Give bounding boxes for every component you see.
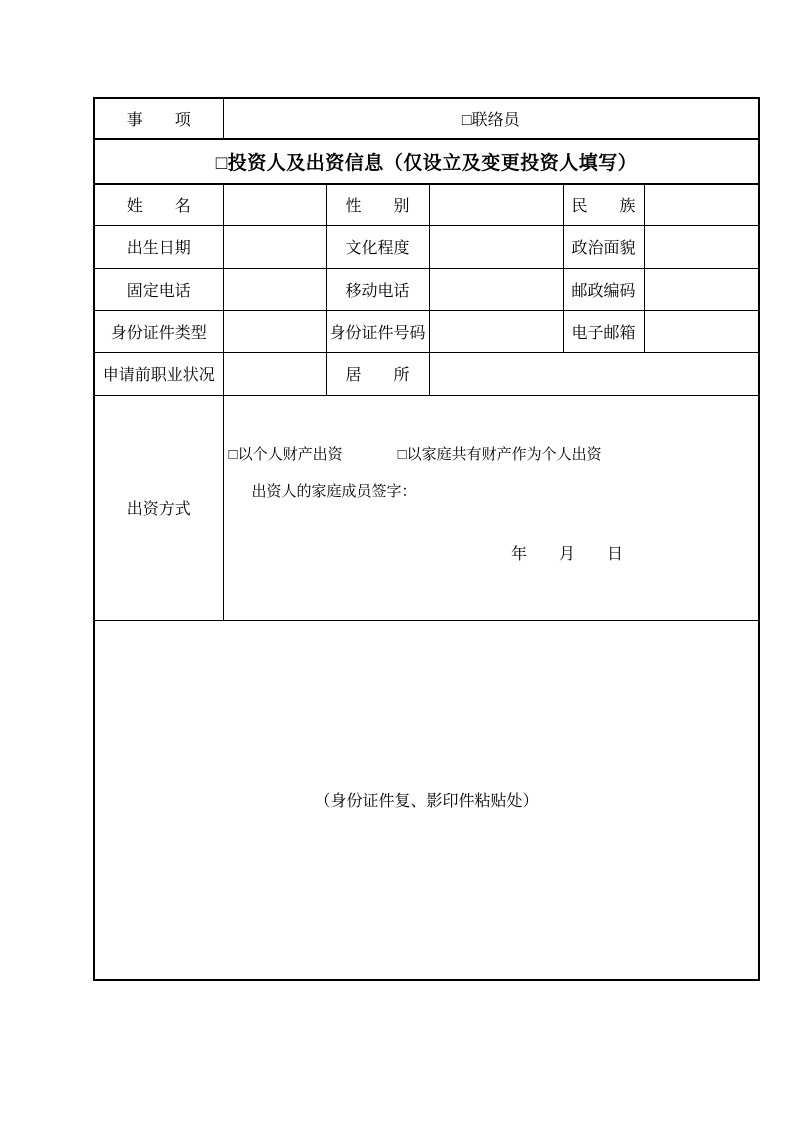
- field-value-education[interactable]: [429, 225, 563, 268]
- field-label-occupation: 申请前职业状况: [94, 352, 223, 395]
- field-value-email[interactable]: [644, 310, 759, 352]
- field-value-id-type[interactable]: [223, 310, 326, 352]
- liaison-option[interactable]: □联络员: [462, 112, 520, 129]
- field-value-birthdate[interactable]: [223, 225, 326, 268]
- occupation-row: 申请前职业状况 居 所: [94, 352, 759, 395]
- contribution-row: 出资方式 □以个人财产出资□以家庭共有财产作为个人出资 出资人的家庭成员签字： …: [94, 395, 759, 620]
- table-row: 出生日期 文化程度 政治面貌: [94, 225, 759, 268]
- field-value-mobile[interactable]: [429, 268, 563, 310]
- field-value-landline[interactable]: [223, 268, 326, 310]
- field-label-name: 姓 名: [94, 184, 223, 225]
- section-header-cell: □投资人及出资信息（仅设立及变更投资人填写）: [94, 139, 759, 184]
- field-label-id-number: 身份证件号码: [326, 310, 429, 352]
- field-label-email: 电子邮箱: [563, 310, 644, 352]
- field-label-id-type: 身份证件类型: [94, 310, 223, 352]
- personal-property-checkbox-icon[interactable]: □: [229, 447, 238, 463]
- item-value-cell: □联络员: [223, 98, 759, 139]
- field-value-postcode[interactable]: [644, 268, 759, 310]
- field-value-occupation[interactable]: [223, 352, 326, 395]
- table-row: 身份证件类型 身份证件号码 电子邮箱: [94, 310, 759, 352]
- field-value-id-number[interactable]: [429, 310, 563, 352]
- liaison-checkbox-icon[interactable]: □: [462, 112, 472, 129]
- field-label-mobile: 移动电话: [326, 268, 429, 310]
- option-family-property[interactable]: □以家庭共有财产作为个人出资: [398, 447, 602, 463]
- field-value-residence[interactable]: [429, 352, 759, 395]
- item-label-cell: 事 项: [94, 98, 223, 139]
- paste-area-row: （身份证件复、影印件粘贴处）: [94, 620, 759, 980]
- field-label-birthdate: 出生日期: [94, 225, 223, 268]
- table-row: 固定电话 移动电话 邮政编码: [94, 268, 759, 310]
- field-value-name[interactable]: [223, 184, 326, 225]
- item-row: 事 项 □联络员: [94, 98, 759, 139]
- field-value-political-status[interactable]: [644, 225, 759, 268]
- field-label-ethnicity: 民 族: [563, 184, 644, 225]
- field-value-gender[interactable]: [429, 184, 563, 225]
- item-label: 事 项: [127, 112, 191, 129]
- field-label-gender: 性 别: [326, 184, 429, 225]
- family-property-checkbox-icon[interactable]: □: [398, 447, 407, 463]
- family-signature-label: 出资人的家庭成员签字：: [252, 480, 759, 501]
- form-table: 事 项 □联络员 □投资人及出资信息（仅设立及变更投资人填写） 姓 名 性 别 …: [93, 97, 760, 981]
- contribution-content-cell: □以个人财产出资□以家庭共有财产作为个人出资 出资人的家庭成员签字： 年 月 日: [223, 395, 759, 620]
- option-personal-property[interactable]: □以个人财产出资: [229, 447, 343, 463]
- field-value-ethnicity[interactable]: [644, 184, 759, 225]
- field-label-postcode: 邮政编码: [563, 268, 644, 310]
- field-label-residence: 居 所: [326, 352, 429, 395]
- personal-property-label: 以个人财产出资: [238, 447, 343, 463]
- section-header-row: □投资人及出资信息（仅设立及变更投资人填写）: [94, 139, 759, 184]
- date-line: 年 月 日: [229, 541, 759, 564]
- table-row: 姓 名 性 别 民 族: [94, 184, 759, 225]
- contribution-options-line: □以个人财产出资□以家庭共有财产作为个人出资: [229, 443, 759, 464]
- field-label-education: 文化程度: [326, 225, 429, 268]
- id-paste-note: （身份证件复、影印件粘贴处）: [315, 793, 539, 810]
- section-checkbox-icon[interactable]: □: [216, 153, 228, 174]
- id-paste-area-cell: （身份证件复、影印件粘贴处）: [94, 620, 759, 980]
- field-label-political-status: 政治面貌: [563, 225, 644, 268]
- form-page: 事 项 □联络员 □投资人及出资信息（仅设立及变更投资人填写） 姓 名 性 别 …: [0, 0, 793, 1122]
- family-property-label: 以家庭共有财产作为个人出资: [407, 447, 602, 463]
- liaison-label: 联络员: [472, 112, 520, 129]
- field-label-contribution-method: 出资方式: [94, 395, 223, 620]
- field-label-landline: 固定电话: [94, 268, 223, 310]
- section-title: 投资人及出资信息（仅设立及变更投资人填写）: [228, 153, 638, 174]
